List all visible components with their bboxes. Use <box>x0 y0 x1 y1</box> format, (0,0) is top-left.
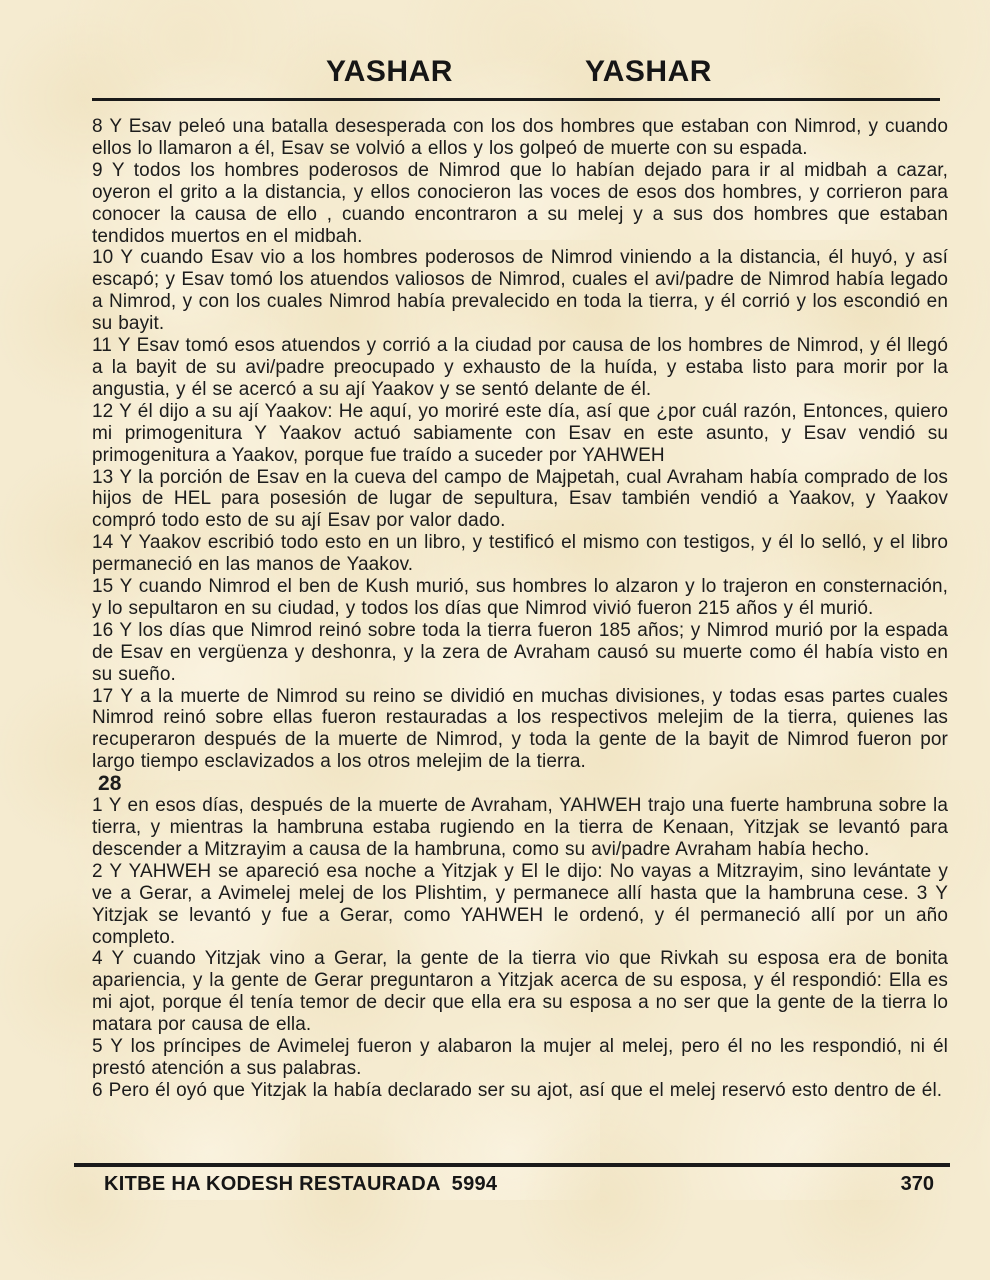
footer-page-number: 370 <box>901 1173 934 1196</box>
footer-divider-rule <box>74 1163 950 1167</box>
page-header-title-left: YASHAR <box>326 55 453 89</box>
verse-paragraph: 13 Y la porción de Esav en la cueva del … <box>92 467 948 533</box>
verse-paragraph: 2 Y YAHWEH se apareció esa noche a Yitzj… <box>92 861 948 949</box>
verse-paragraph: 9 Y todos los hombres poderosos de Nimro… <box>92 160 948 248</box>
verse-paragraph: 6 Pero él oyó que Yitzjak la había decla… <box>92 1080 948 1102</box>
verse-paragraph: 15 Y cuando Nimrod el ben de Kush murió,… <box>92 576 948 620</box>
verse-paragraph: 17 Y a la muerte de Nimrod su reino se d… <box>92 686 948 774</box>
verse-paragraph: 1 Y en esos días, después de la muerte d… <box>92 795 948 861</box>
verse-paragraph: 16 Y los días que Nimrod reinó sobre tod… <box>92 620 948 686</box>
verse-paragraph: 5 Y los príncipes de Avimelej fueron y a… <box>92 1036 948 1080</box>
footer-book-title: KITBE HA KODESH RESTAURADA 5994 <box>104 1173 497 1196</box>
verse-paragraph: 8 Y Esav peleó una batalla desesperada c… <box>92 116 948 160</box>
verse-paragraph: 4 Y cuando Yitzjak vino a Gerar, la gent… <box>92 948 948 1036</box>
verse-paragraph: 14 Y Yaakov escribió todo esto en un lib… <box>92 532 948 576</box>
verse-text-block: 8 Y Esav peleó una batalla desesperada c… <box>92 116 948 1160</box>
verse-paragraph: 11 Y Esav tomó esos atuendos y corrió a … <box>92 335 948 401</box>
verse-paragraph: 12 Y él dijo a su ají Yaakov: He aquí, y… <box>92 401 948 467</box>
document-page: YASHAR YASHAR 8 Y Esav peleó una batalla… <box>0 0 990 1280</box>
page-header-title-right: YASHAR <box>585 55 712 89</box>
chapter-number: 28 <box>92 773 948 795</box>
header-divider-rule <box>92 98 940 101</box>
verse-paragraph: 10 Y cuando Esav vio a los hombres poder… <box>92 247 948 335</box>
